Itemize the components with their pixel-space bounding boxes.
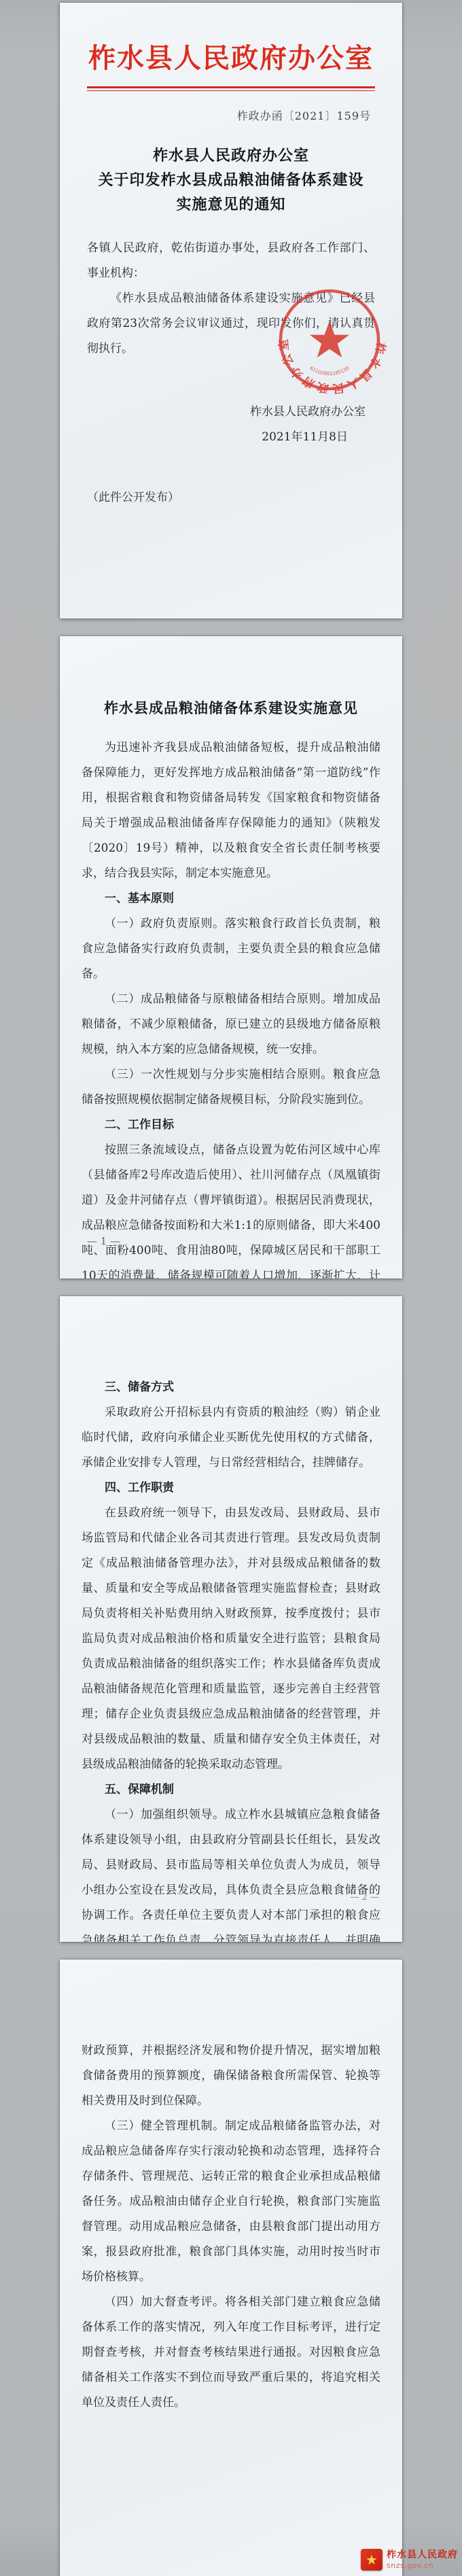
document-number: 柞政办函〔2021〕159号	[87, 107, 375, 123]
paragraph: （三）一次性规划与分步实施相结合原则。粮食应急储备按照规模依据制定储备规模目标，…	[82, 1062, 380, 1113]
notice-title-line3: 实施意见的通知	[87, 192, 375, 217]
paragraph: （二）成品粮储备与原粮储备相结合原则。增加成品粮储备，不减少原粮储备，原已建立的…	[82, 987, 380, 1062]
paragraph: 在县政府统一领导下，由县发改局、县财政局、县市场监管局和代储企业各司其责进行管理…	[82, 1501, 380, 1777]
notice-title-line1: 柞水县人民政府办公室	[87, 143, 375, 168]
paragraph-continuation: 财政预算，并根据经济发展和物价提升情况，据实增加粮食储备费用的预算额度，确保储备…	[82, 2038, 380, 2114]
paragraph: （四）加大督查考评。将各相关部门建立粮食应急储备体系工作的落实情况，列入年度工作…	[82, 2290, 380, 2416]
site-watermark-text: 柞水县人民政府 snzs.gov.cn	[387, 2549, 458, 2570]
section-heading-5: 五、保障机制	[82, 1777, 380, 1803]
site-domain: snzs.gov.cn	[387, 2561, 458, 2570]
document-page-3: 三、储备方式 采取政府公开招标县内有资质的粮油经（购）销企业临时代储，政府向承储…	[60, 1296, 402, 1942]
site-watermark[interactable]: ★ 柞水县人民政府 snzs.gov.cn	[361, 2549, 458, 2571]
gov-site-logo-icon: ★	[361, 2549, 383, 2571]
seal-star-icon	[310, 321, 349, 358]
document-page-4: 财政预算，并根据经济发展和物价提升情况，据实增加粮食储备费用的预算额度，确保储备…	[60, 1960, 402, 2576]
paragraph: （三）健全管理机制。制定成品粮储备监管办法，对成品粮应急储备库存实行滚动轮换和动…	[82, 2114, 380, 2290]
section-heading-4: 四、工作职责	[82, 1476, 380, 1501]
paragraph: 按照三条流域设点，储备点设置为乾佑河区域中心库（县储备库2号库改造后使用）、社川…	[82, 1138, 380, 1278]
official-seal: 柞水县人民政府办公室 61102601185130	[272, 280, 387, 400]
site-name: 柞水县人民政府	[387, 2549, 458, 2561]
page-number: — 1 —	[87, 1235, 120, 1247]
section-heading-1: 一、基本原则	[82, 886, 380, 911]
signature-block: 柞水县人民政府办公室 2021年11月8日	[87, 400, 375, 450]
letterhead-rule	[87, 86, 375, 88]
paragraph: 采取政府公开招标县内有资质的粮油经（购）销企业临时代储，政府向承储企业买断优先使…	[82, 1400, 380, 1476]
signature-org: 柞水县人民政府办公室	[87, 400, 375, 425]
page-number: — 2 —	[350, 1892, 379, 1902]
section-heading-2: 二、工作目标	[82, 1113, 380, 1138]
letterhead-org-name: 柞水县人民政府办公室	[87, 37, 375, 75]
notice-title-line2: 关于印发柞水县成品粮油储备体系建设	[87, 168, 375, 192]
notice-title: 柞水县人民政府办公室 关于印发柞水县成品粮油储备体系建设 实施意见的通知	[87, 143, 375, 217]
salutation: 各镇人民政府，乾佑街道办事处，县政府各工作部门、事业机构：	[87, 236, 375, 286]
letterhead-rule-thin	[87, 90, 375, 91]
seal-code: 61102601185130	[308, 366, 350, 377]
paragraph: （一）加强组织领导。成立柞水县城镇应急粮食储备体系建设领导小组，由县政府分管副县…	[82, 1803, 380, 1942]
logo-star-icon: ★	[366, 2552, 378, 2568]
attachment-title: 柞水县成品粮油储备体系建设实施意见	[82, 697, 380, 718]
paragraph: （一）政府负责原则。落实粮食行政首长负责制，粮食应急储备实行政府负责制，主要负责…	[82, 911, 380, 987]
signature-date: 2021年11月8日	[87, 425, 375, 450]
paragraph: 为迅速补齐我县成品粮油储备短板，提升成品粮油储备保障能力，更好发挥地方成品粮油储…	[82, 735, 380, 886]
document-page-2: 柞水县成品粮油储备体系建设实施意见 为迅速补齐我县成品粮油储备短板，提升成品粮油…	[60, 636, 402, 1278]
document-page-1: 柞水县人民政府办公室 柞政办函〔2021〕159号 柞水县人民政府办公室 关于印…	[60, 3, 402, 619]
section-heading-3: 三、储备方式	[82, 1375, 380, 1400]
public-release-note: （此件公开发布）	[87, 485, 375, 510]
